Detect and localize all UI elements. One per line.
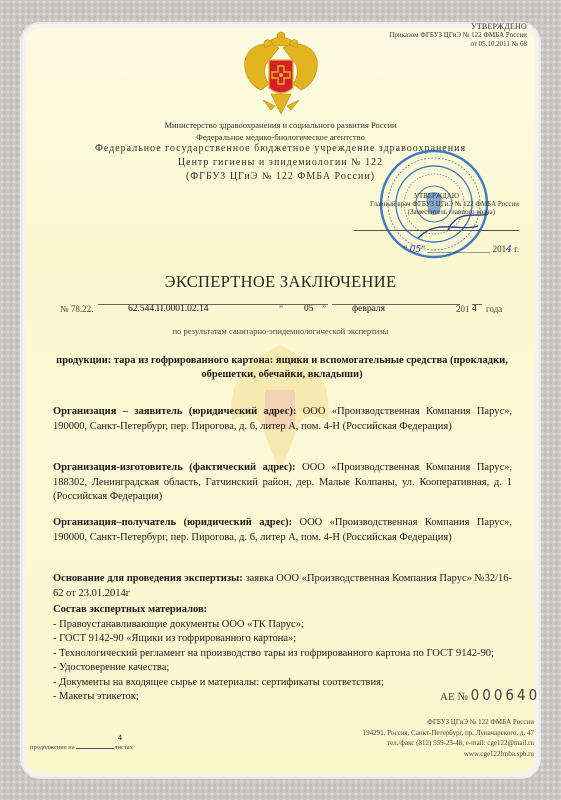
year-word: года [486, 304, 502, 314]
product-description: продукции: тара из гофрированного картон… [52, 354, 512, 382]
list-item: - Удостоверение качества; [53, 661, 512, 676]
approval-heading: УТВЕРЖДЕНО [389, 22, 527, 31]
document-number: 62.544.П.0001.02.14 [128, 304, 209, 314]
number-underline [98, 304, 288, 305]
approval-block: УТВЕРЖДЕНО Приказом ФГБУЗ ЦГиЭ № 122 ФМБ… [389, 22, 527, 49]
footer-contact: тел./факс (812) 559-23-48, e-mail: cge12… [363, 738, 534, 749]
signature-position: Главный врач ФГБУЗ ЦГиЭ № 122 ФМБА Росси… [370, 200, 519, 208]
serial-number: АЕ № 000640 [440, 686, 540, 704]
signature-date: “ 05” ______________ 2014 г. [403, 244, 519, 255]
month-underline [332, 304, 460, 305]
document-year-suffix: 4 [472, 304, 477, 314]
section-recipient: Организация–получатель (юридический адре… [53, 516, 512, 545]
footer-address: 194291, Россия, Санкт-Петербург, пр. Лун… [363, 728, 534, 739]
document-title: ЭКСПЕРТНОЕ ЗАКЛЮЧЕНИЕ [0, 272, 561, 292]
signature-block: УТВЕРЖДАЮ Главный врач ФГБУЗ ЦГиЭ № 122 … [370, 192, 519, 216]
footer-contacts: ФГБУЗ ЦГиЭ № 122 ФМБА России 194291, Рос… [363, 717, 534, 759]
document-subtitle: по результатам санитарно-эпидемиологичес… [0, 326, 561, 336]
footer-org: ФГБУЗ ЦГиЭ № 122 ФМБА России [363, 717, 534, 728]
materials-heading: Состав экспертных материалов: [53, 603, 512, 618]
eagle-emblem-icon [241, 30, 321, 118]
list-item: - ГОСТ 9142-90 «Ящики из гофрированного … [53, 632, 512, 647]
year-underline [472, 304, 482, 305]
continuation-pages: 4 [118, 733, 122, 742]
document-day: 05 [304, 304, 314, 314]
document-month: февраля [352, 304, 385, 314]
signature-sub: (Заместитель главного врача) [370, 208, 495, 216]
footer-website: www.cge122fmba.spb.ru [363, 749, 534, 760]
signature-approved: УТВЕРЖДАЮ [370, 192, 459, 200]
serial-prefix: АЕ № [440, 691, 468, 703]
continuation-note: 4 продолжение на листах [30, 744, 133, 751]
ministry-name: Министерство здравоохранения и социально… [0, 120, 561, 130]
list-item: - Технологический регламент на производс… [53, 647, 512, 662]
section-applicant: Организация – заявитель (юридический адр… [53, 405, 512, 434]
number-prefix: № 78.22. [60, 304, 93, 314]
signature-day: 05 [410, 245, 421, 255]
signature-line [354, 230, 519, 231]
list-item: - Правоустанавливающие документы ООО «ТК… [53, 618, 512, 633]
serial-value: 000640 [471, 686, 541, 704]
agency-name: Федеральное медико-биологическое агентст… [0, 132, 561, 142]
section-basis: Основание для проведения экспертизы: зая… [53, 572, 512, 601]
document-number-row: № 78.22. 62.544.П.0001.02.14 ” 05 ” февр… [60, 304, 510, 318]
continuation-blank [76, 748, 114, 749]
approval-order: Приказом ФГБУЗ ЦГиЭ № 122 ФМБА России [389, 31, 527, 40]
section-manufacturer: Организация-изготовитель (фактический ад… [53, 461, 512, 505]
signature-year-suffix: 4 [506, 245, 512, 255]
approval-date: от 05.10.2011 № 68 [389, 40, 527, 49]
